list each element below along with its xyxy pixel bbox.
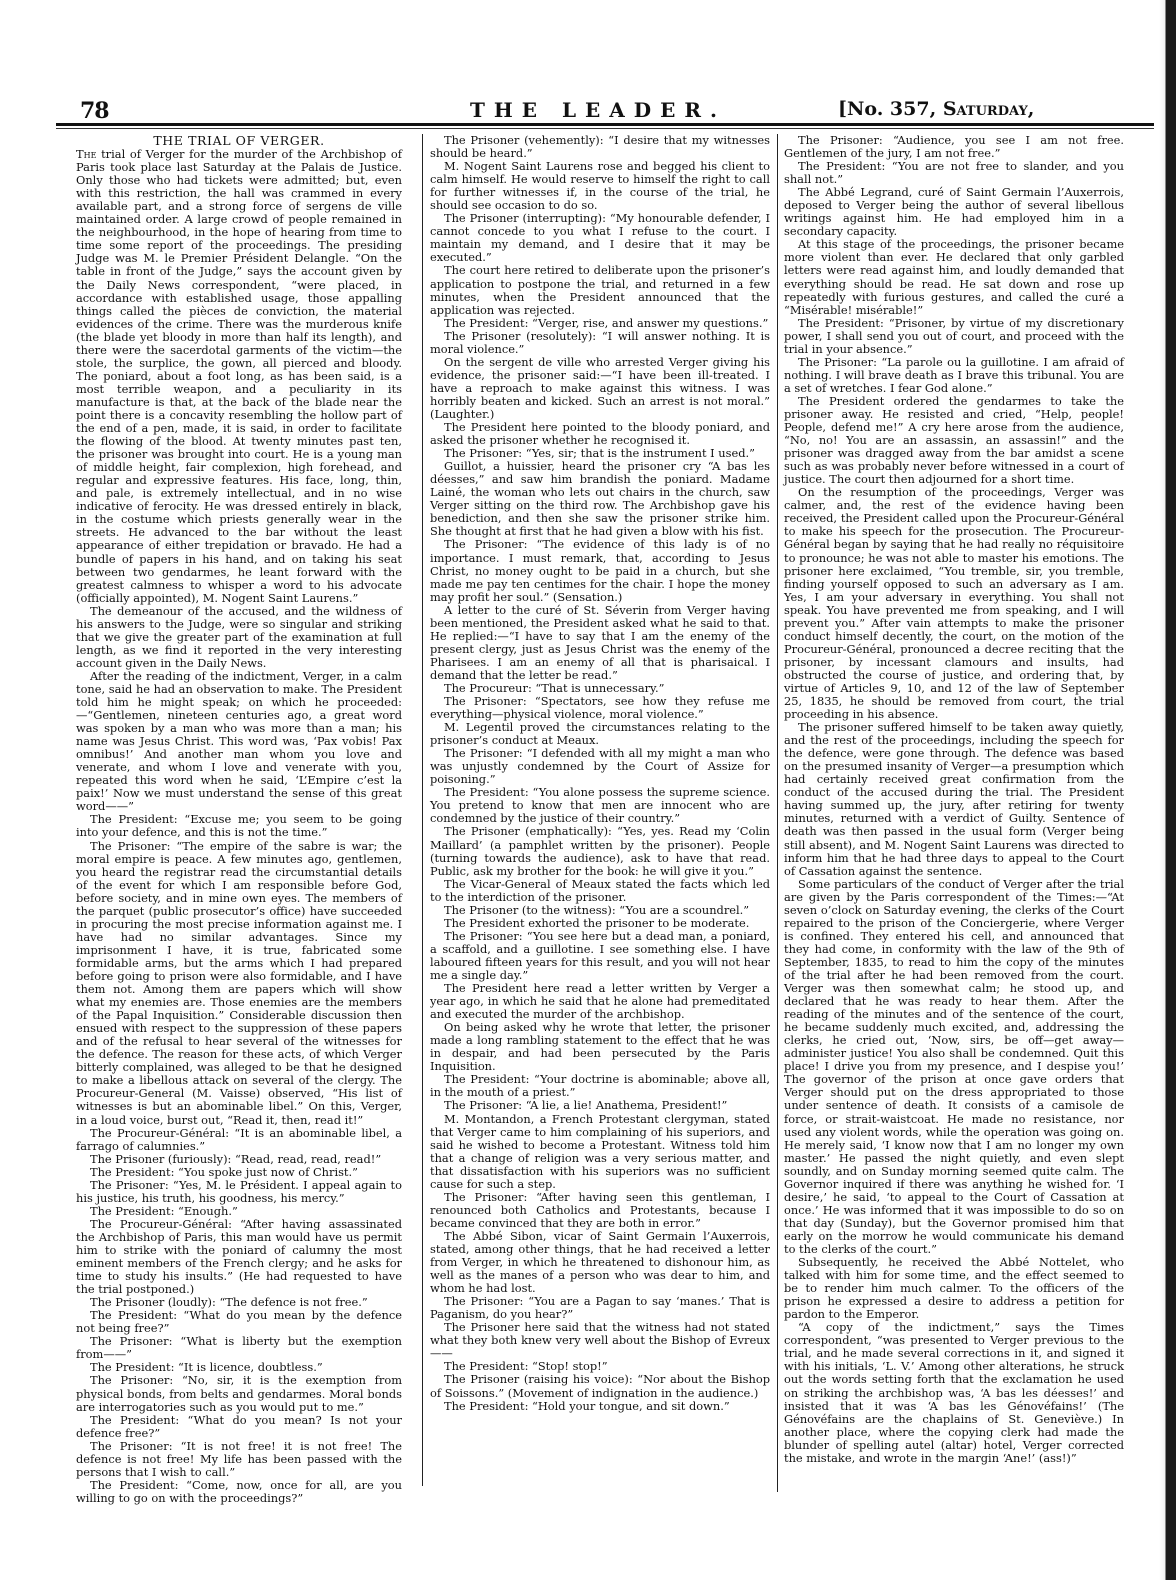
article-paragraph: Some particulars of the conduct of Verge…: [784, 878, 1124, 1256]
masthead-rule: [56, 123, 1154, 126]
page-number: 78: [80, 98, 109, 124]
article-paragraph: The President: “Hold your tongue, and si…: [430, 1400, 770, 1413]
article-paragraph: The Prisoner: “No, sir, it is the exempt…: [76, 1374, 402, 1413]
article-paragraph: The Prisoner (resolutely): “I will answe…: [430, 330, 770, 356]
article-paragraph: The President: “You alone possess the su…: [430, 786, 770, 825]
article-paragraph: The Prisoner: “The evidence of this lady…: [430, 538, 770, 603]
article-paragraph: M. Montandon, a French Protestant clergy…: [430, 1113, 770, 1191]
article-paragraph: The Prisoner: “The empire of the sabre i…: [76, 840, 402, 1127]
article-paragraph: The Abbé Legrand, curé of Saint Germain …: [784, 186, 1124, 238]
article-paragraph: “A copy of the indictment,” says the Tim…: [784, 1321, 1124, 1465]
article-paragraph: M. Legentil proved the circumstances rel…: [430, 721, 770, 747]
article-paragraph: The prisoner suffered himself to be take…: [784, 721, 1124, 878]
article-paragraph: M. Nogent Saint Laurens rose and begged …: [430, 160, 770, 212]
article-column-1: THE TRIAL OF VERGER. The trial of Verger…: [76, 134, 402, 1505]
newspaper-title: THE LEADER.: [470, 98, 726, 122]
article-paragraph: On the sergent de ville who arrested Ver…: [430, 356, 770, 421]
article-paragraph: On the resumption of the proceedings, Ve…: [784, 486, 1124, 721]
article-paragraph: The President here pointed to the bloody…: [430, 421, 770, 447]
article-paragraph: The President exhorted the prisoner to b…: [430, 917, 770, 930]
article-paragraph: The Abbé Sibon, vicar of Saint Germain l…: [430, 1230, 770, 1295]
article-paragraph: The Prisoner: “You see here but a dead m…: [430, 930, 770, 982]
article-paragraph: The Prisoner: “It is not free! it is not…: [76, 1440, 402, 1479]
article-paragraph: The Prisoner here said that the witness …: [430, 1321, 770, 1360]
article-paragraph: The Prisoner: “Audience, you see I am no…: [784, 134, 1124, 160]
article-paragraph: The President ordered the gendarmes to t…: [784, 395, 1124, 486]
article-paragraph: The President: “What do you mean? Is not…: [76, 1414, 402, 1440]
column-divider: [777, 134, 778, 1492]
article-paragraph: The President: “Verger, rise, and answer…: [430, 317, 770, 330]
column-paragraphs: The trial of Verger for the murder of th…: [76, 148, 402, 1505]
masthead: 78 THE LEADER. [No. 357, Saturday,: [60, 98, 1160, 122]
article-paragraph: The Prisoner: “What is liberty but the e…: [76, 1335, 402, 1361]
article-paragraph: The Prisoner (interrupting): “My honoura…: [430, 212, 770, 264]
article-paragraph: The President here read a letter written…: [430, 982, 770, 1021]
masthead-rule-thin: [56, 128, 1154, 129]
lead-word: The: [76, 147, 96, 161]
article-paragraph: The Prisoner (to the witness): “You are …: [430, 904, 770, 917]
article-column-2: The Prisoner (vehemently): “I desire tha…: [430, 134, 770, 1413]
article-paragraph: The court here retired to deliberate upo…: [430, 264, 770, 316]
article-paragraph: The Prisoner (furiously): “Read, read, r…: [76, 1153, 402, 1166]
article-paragraph: Guillot, a huissier, heard the prisoner …: [430, 460, 770, 538]
article-paragraph: The Prisoner: “Yes, M. le Président. I a…: [76, 1179, 402, 1205]
column-divider: [422, 134, 423, 1486]
issue-day: Saturday,: [943, 98, 1035, 120]
article-paragraph: The Prisoner (vehemently): “I desire tha…: [430, 134, 770, 160]
article-paragraph: The President: “What do you mean by the …: [76, 1309, 402, 1335]
issue-info: [No. 357, Saturday,: [838, 98, 1034, 120]
article-title: THE TRIAL OF VERGER.: [76, 134, 402, 147]
article-paragraph: The Prisoner: “You are a Pagan to say ‘m…: [430, 1295, 770, 1321]
article-paragraph: The Procureur-Général: “After having ass…: [76, 1218, 402, 1296]
article-paragraph: The President: “You spoke just now of Ch…: [76, 1166, 402, 1179]
article-paragraph: At this stage of the proceedings, the pr…: [784, 238, 1124, 316]
article-paragraph: The Prisoner (emphatically): “Yes, yes. …: [430, 825, 770, 877]
article-paragraph: The demeanour of the accused, and the wi…: [76, 605, 402, 670]
article-paragraph: After the reading of the indictment, Ver…: [76, 670, 402, 814]
article-paragraph: A letter to the curé of St. Séverin from…: [430, 604, 770, 682]
article-paragraph: The President: “Prisoner, by virtue of m…: [784, 317, 1124, 356]
article-column-3: The Prisoner: “Audience, you see I am no…: [784, 134, 1124, 1465]
article-paragraph: The President: “Your doctrine is abomina…: [430, 1073, 770, 1099]
article-paragraph: The trial of Verger for the murder of th…: [76, 148, 402, 605]
article-paragraph: Subsequently, he received the Abbé Notte…: [784, 1256, 1124, 1321]
article-paragraph: The Prisoner: “I defended with all my mi…: [430, 747, 770, 786]
article-paragraph: The Prisoner: “A lie, a lie! Anathema, P…: [430, 1099, 770, 1112]
article-paragraph: The Prisoner: “La parole ou la guillotin…: [784, 356, 1124, 395]
column-paragraphs: The Prisoner: “Audience, you see I am no…: [784, 134, 1124, 1465]
article-paragraph: The President: “Come, now, once for all,…: [76, 1479, 402, 1505]
article-paragraph: The Prisoner: “After having seen this ge…: [430, 1191, 770, 1230]
article-paragraph: The President: “You are not free to slan…: [784, 160, 1124, 186]
article-paragraph: The President: “Enough.”: [76, 1205, 402, 1218]
column-paragraphs: The Prisoner (vehemently): “I desire tha…: [430, 134, 770, 1413]
article-paragraph: The President: “Excuse me; you seem to b…: [76, 813, 402, 839]
article-paragraph: The Prisoner (raising his voice): “Nor a…: [430, 1373, 770, 1399]
article-paragraph: On being asked why he wrote that letter,…: [430, 1021, 770, 1073]
article-paragraph: The Prisoner: “Spectators, see how they …: [430, 695, 770, 721]
issue-number: [No. 357,: [838, 98, 936, 120]
article-paragraph: The Procureur-Général: “It is an abomina…: [76, 1127, 402, 1153]
page-edge-shadow: [1159, 0, 1176, 1580]
article-paragraph: The Vicar-General of Meaux stated the fa…: [430, 878, 770, 904]
